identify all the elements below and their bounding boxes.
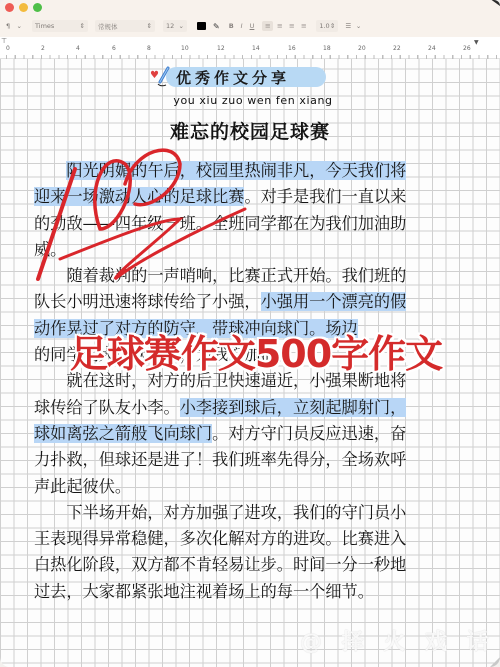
banner-pinyin: you xiu zuo wen fen xiang <box>148 94 358 107</box>
watermark-text: @ 择 火 戏 话 侠 <box>300 625 500 656</box>
window-controls <box>5 3 42 12</box>
highlighted-text: 阳光明媚的午后，校园里热闹非凡，今天我们将 <box>66 161 406 180</box>
line-spacing-value: 1.0 <box>319 22 329 30</box>
text-line: 队长小明迅速将球传给了小强，小强用一个漂亮的假 <box>34 289 474 315</box>
text-line: 的劲敌——四年级一班。全班同学都在为我们加油助 <box>34 211 474 237</box>
paragraph-3: 就在这时，对方的后卫快速逼近，小强果断地将 球传给了队友小李。小李接到球后，立刻… <box>34 368 474 499</box>
chevron-down-icon: ⌄ <box>179 22 184 30</box>
highlighted-text: 小李接到球后，立刻起脚射门， <box>180 398 407 417</box>
minimize-button[interactable] <box>19 3 28 12</box>
ruler-mark: 0 <box>6 45 10 52</box>
text-span: 。对手是我们一直以来 <box>244 187 406 206</box>
text-editor-window: ¶ ⌄ Times ⇕ 常规体 ⇕ 12 ⌄ ✎ B I U ≡ ≡ <box>0 0 500 667</box>
zoom-button[interactable] <box>33 3 42 12</box>
paragraph-icon: ¶ <box>6 22 10 30</box>
ruler-mark: 16 <box>288 45 296 52</box>
list-icon: ☰ <box>345 22 351 30</box>
essay-title: 难忘的校园足球赛 <box>0 117 500 144</box>
chevron-down-icon: ⌄ <box>356 22 361 30</box>
document-page[interactable]: ♥ 优秀作文分享 you xiu zuo wen fen xiang 难忘的校园… <box>0 59 500 667</box>
highlighted-text: 小强用一个漂亮的假 <box>261 292 407 311</box>
align-center-icon[interactable]: ≡ <box>274 21 285 31</box>
ruler-mark: 2 <box>41 45 45 52</box>
text-span: 球传给了队友小李。 <box>34 398 180 417</box>
paragraph-style-button[interactable]: ¶ ⌄ <box>4 20 26 32</box>
underline-button[interactable]: U <box>250 20 255 32</box>
text-line: 白热化阶段，双方都不肯轻易让步。时间一分一秒地 <box>34 552 474 578</box>
highlight-pen-icon[interactable]: ✎ <box>213 20 220 32</box>
page-curl <box>490 657 500 667</box>
align-left-icon[interactable]: ≡ <box>262 21 273 31</box>
ruler-mark: 24 <box>428 45 436 52</box>
font-size-value: 12 <box>166 22 174 30</box>
highlighted-text: 迎来一场激动人心的足球比赛 <box>34 187 244 206</box>
bold-button[interactable]: B <box>229 20 234 32</box>
updown-chevron-icon: ⇕ <box>330 22 335 30</box>
ruler-mark: 8 <box>147 45 151 52</box>
text-line: 迎来一场激动人心的足球比赛。对手是我们一直以来 <box>34 184 474 210</box>
ruler-mark: 4 <box>76 45 80 52</box>
text-span: 。对方守门员反应迅速，奋 <box>212 424 406 443</box>
font-family-value: Times <box>35 22 54 30</box>
ruler-mark: 26 <box>463 45 471 52</box>
paragraph-4: 下半场开始，对方加强了进攻，我们的守门员小 王表现得异常稳健，多次化解对方的进攻… <box>34 500 474 605</box>
updown-chevron-icon: ⇕ <box>80 22 85 30</box>
align-right-icon[interactable]: ≡ <box>286 21 297 31</box>
ruler[interactable]: ⊤ ▼ 0 2 4 6 8 10 12 14 16 18 20 22 24 26 <box>0 37 500 59</box>
text-line: 阳光明媚的午后，校园里热闹非凡，今天我们将 <box>34 158 474 184</box>
banner-text: 优秀作文分享 <box>176 67 290 88</box>
text-line: 力扑救，但球还是进了！我们班率先得分，全场欢呼 <box>34 447 474 473</box>
header-banner: ♥ 优秀作文分享 <box>148 66 358 88</box>
alignment-group: ≡ ≡ ≡ ≡ <box>262 21 309 31</box>
format-toolbar: ¶ ⌄ Times ⇕ 常规体 ⇕ 12 ⌄ ✎ B I U ≡ ≡ <box>4 19 496 33</box>
text-line: 声此起彼伏。 <box>34 474 474 500</box>
text-line: 过去，大家都紧张地注视着场上的每一个细节。 <box>34 579 474 605</box>
ruler-mark: 10 <box>181 45 189 52</box>
chevron-down-icon: ⌄ <box>17 22 22 30</box>
text-span: 队长小明迅速将球传给了小强， <box>34 292 261 311</box>
overlay-headline: 足球赛作文500字作文 <box>36 323 476 378</box>
close-button[interactable] <box>5 3 14 12</box>
ruler-mark: 6 <box>112 45 116 52</box>
list-style-button[interactable]: ☰ ⌄ <box>345 20 361 32</box>
font-style-select[interactable]: 常规体 ⇕ <box>95 20 155 32</box>
updown-chevron-icon: ⇕ <box>147 22 152 30</box>
corner-decoration <box>486 0 500 6</box>
font-style-value: 常规体 <box>98 22 118 31</box>
text-line: 随着裁判的一声哨响，比赛正式开始。我们班的 <box>34 263 474 289</box>
ruler-mark: 12 <box>217 45 225 52</box>
ruler-mark: 22 <box>393 45 401 52</box>
align-justify-icon[interactable]: ≡ <box>298 21 309 31</box>
ruler-mark: 14 <box>252 45 260 52</box>
font-size-select[interactable]: 12 ⌄ <box>163 20 187 32</box>
ruler-mark: 20 <box>358 45 366 52</box>
ruler-ticks <box>0 44 500 59</box>
paragraph-1: 阳光明媚的午后，校园里热闹非凡，今天我们将 迎来一场激动人心的足球比赛。对手是我… <box>34 158 474 263</box>
window-titlebar: ¶ ⌄ Times ⇕ 常规体 ⇕ 12 ⌄ ✎ B I U ≡ ≡ <box>0 0 500 37</box>
essay-body[interactable]: 阳光明媚的午后，校园里热闹非凡，今天我们将 迎来一场激动人心的足球比赛。对手是我… <box>34 158 474 605</box>
text-line: 王表现得异常稳健，多次化解对方的进攻。比赛进入 <box>34 526 474 552</box>
italic-button[interactable]: I <box>241 20 243 32</box>
text-line: 下半场开始，对方加强了进攻，我们的守门员小 <box>34 500 474 526</box>
text-line: 球传给了队友小李。小李接到球后，立刻起脚射门， <box>34 395 474 421</box>
text-line: 球如离弦之箭般飞向球门。对方守门员反应迅速，奋 <box>34 421 474 447</box>
font-family-select[interactable]: Times ⇕ <box>32 20 88 32</box>
ruler-mark: 18 <box>323 45 331 52</box>
highlighted-text: 球如离弦之箭般飞向球门 <box>34 424 212 443</box>
text-line: 威。 <box>34 237 474 263</box>
line-spacing-select[interactable]: 1.0 ⇕ <box>316 20 338 32</box>
text-color-swatch[interactable] <box>197 22 206 30</box>
